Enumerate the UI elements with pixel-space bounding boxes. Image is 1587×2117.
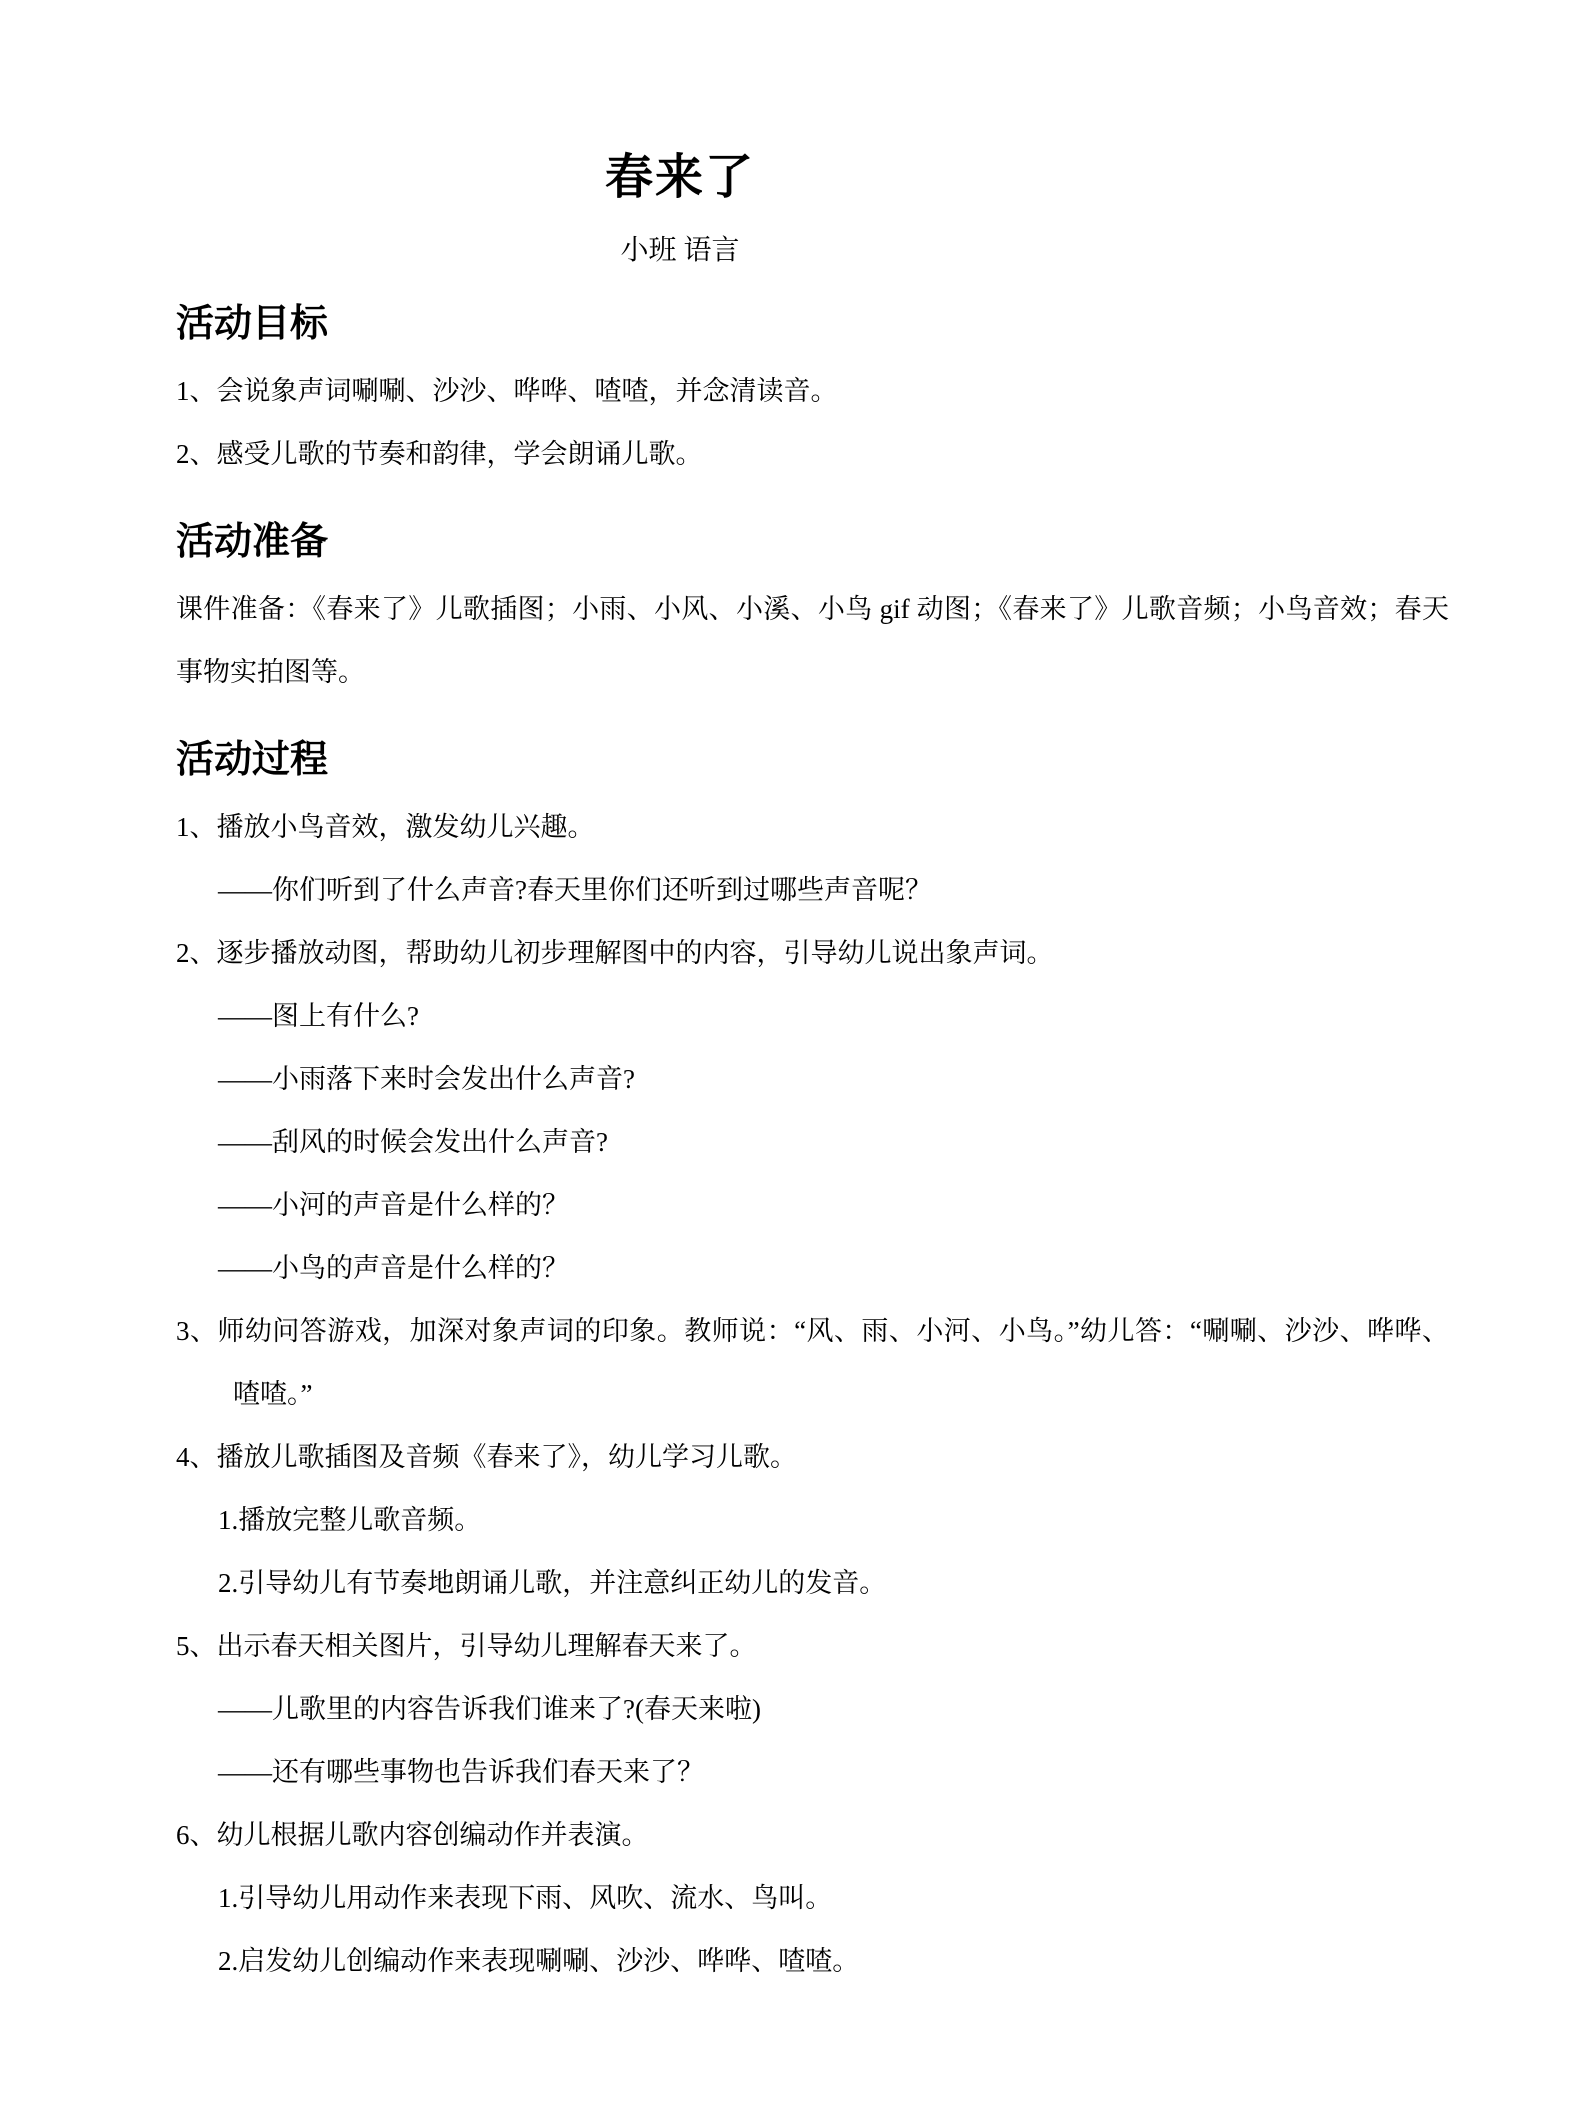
paragraph-question: ——小河的声音是什么样的？	[176, 1174, 1449, 1237]
paragraph-question: ——图上有什么?	[176, 985, 1449, 1048]
paragraph-goal-1: 1、会说象声词唰唰、沙沙、哗哗、喳喳，并念清读音。	[176, 360, 1449, 423]
section-heading-activity-goals: 活动目标	[176, 302, 1449, 346]
document-subtitle: 小班 语言	[176, 234, 1184, 268]
document-page: 春来了 小班 语言 活动目标 1、会说象声词唰唰、沙沙、哗哗、喳喳，并念清读音。…	[0, 0, 1587, 2117]
paragraph-substep: 2.启发幼儿创编动作来表现唰唰、沙沙、哗哗、喳喳。	[176, 1930, 1449, 1993]
section-heading-activity-preparation: 活动准备	[176, 520, 1449, 564]
paragraph-substep: 2.引导幼儿有节奏地朗诵儿歌，并注意纠正幼儿的发音。	[176, 1552, 1449, 1615]
paragraph-courseware-preparation: 课件准备：《春来了》儿歌插图；小雨、小风、小溪、小鸟 gif 动图；《春来了》儿…	[176, 578, 1449, 704]
paragraph-question: ——还有哪些事物也告诉我们春天来了？	[176, 1741, 1449, 1804]
paragraph-question: ——小雨落下来时会发出什么声音?	[176, 1048, 1449, 1111]
paragraph-step-1: 1、播放小鸟音效，激发幼儿兴趣。	[176, 796, 1449, 859]
section-heading-activity-process: 活动过程	[176, 738, 1449, 782]
paragraph-step-2: 2、逐步播放动图，帮助幼儿初步理解图中的内容，引导幼儿说出象声词。	[176, 922, 1449, 985]
paragraph-substep: 1.引导幼儿用动作来表现下雨、风吹、流水、鸟叫。	[176, 1867, 1449, 1930]
paragraph-step-4: 4、播放儿歌插图及音频《春来了》，幼儿学习儿歌。	[176, 1426, 1449, 1489]
paragraph-step-6: 6、幼儿根据儿歌内容创编动作并表演。	[176, 1804, 1449, 1867]
paragraph-step-5: 5、出示春天相关图片，引导幼儿理解春天来了。	[176, 1615, 1449, 1678]
paragraph-question: ——刮风的时候会发出什么声音?	[176, 1111, 1449, 1174]
paragraph-question: ——你们听到了什么声音?春天里你们还听到过哪些声音呢？	[176, 859, 1449, 922]
paragraph-step-3: 3、师幼问答游戏，加深对象声词的印象。教师说：“风、雨、小河、小鸟。”幼儿答：“…	[176, 1300, 1449, 1426]
title-block: 春来了 小班 语言	[176, 150, 1184, 268]
paragraph-substep: 1.播放完整儿歌音频。	[176, 1489, 1449, 1552]
document-title: 春来了	[176, 150, 1184, 206]
paragraph-goal-2: 2、感受儿歌的节奏和韵律，学会朗诵儿歌。	[176, 423, 1449, 486]
paragraph-question: ——小鸟的声音是什么样的？	[176, 1237, 1449, 1300]
paragraph-question: ——儿歌里的内容告诉我们谁来了?(春天来啦)	[176, 1678, 1449, 1741]
